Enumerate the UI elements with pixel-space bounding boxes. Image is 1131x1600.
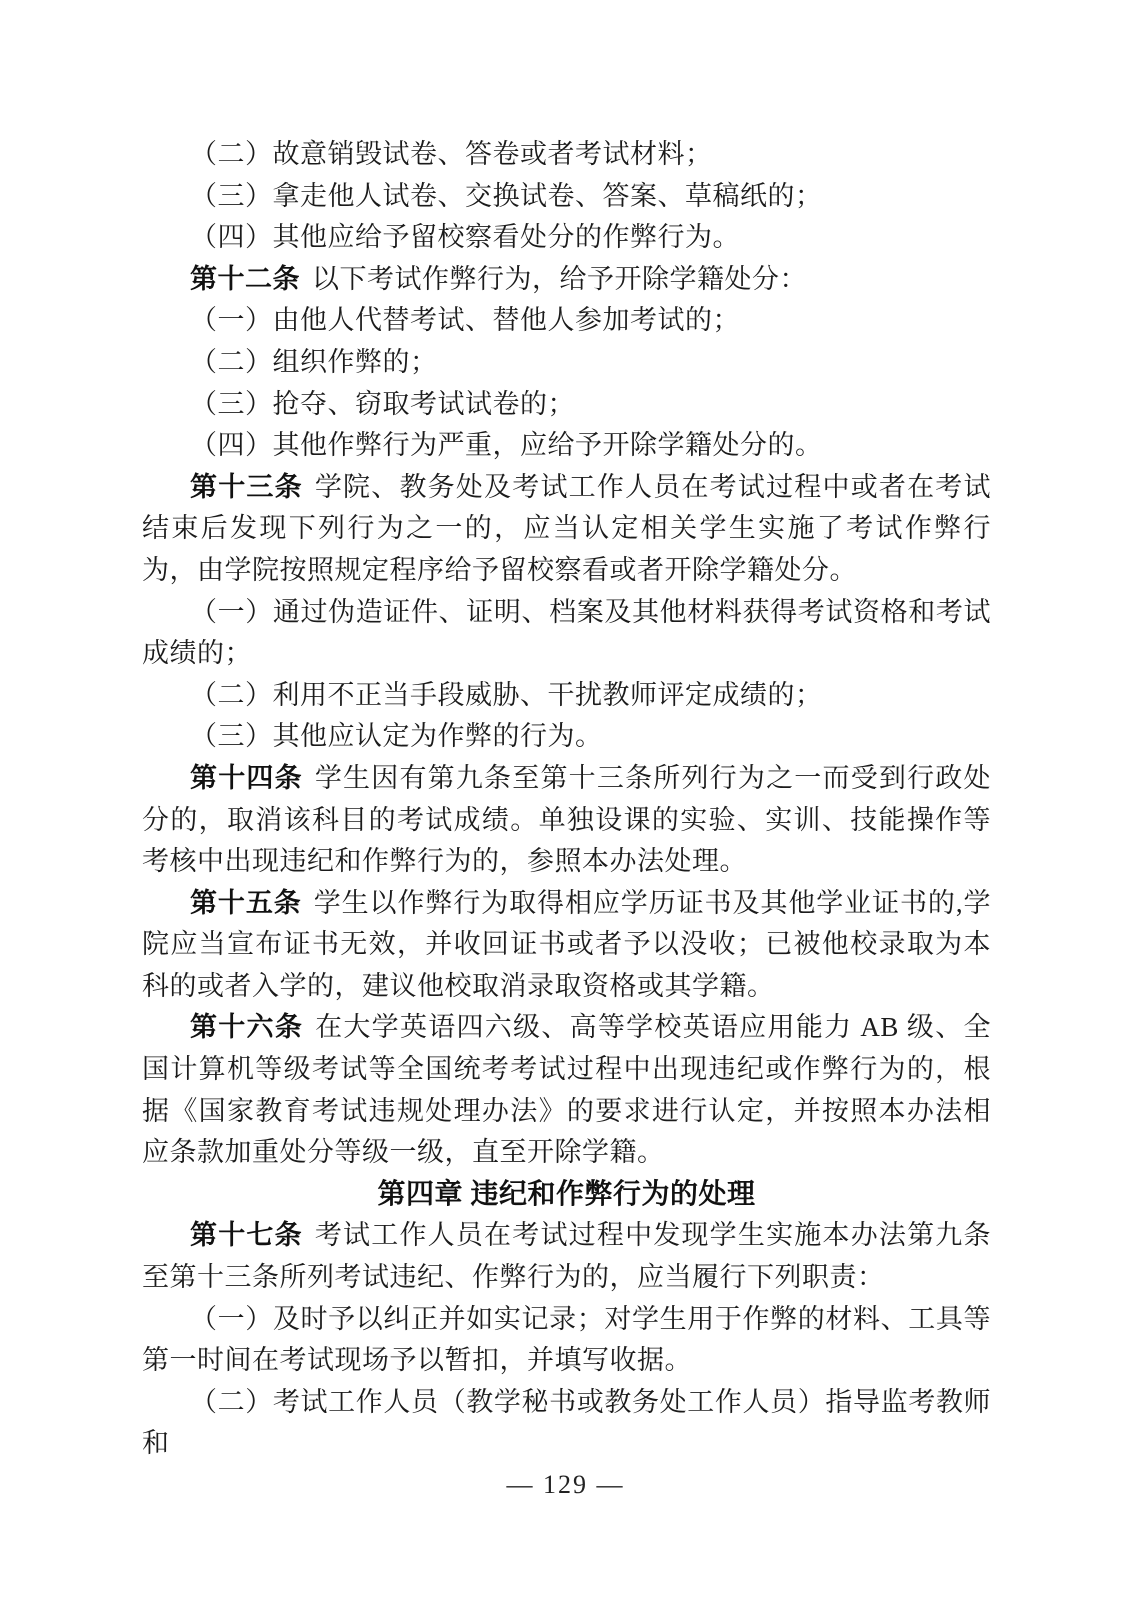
article-number: 第十六条: [190, 1012, 303, 1042]
list-item-paragraph: （二）故意销毁试卷、答卷或者考试材料；: [142, 134, 991, 176]
paragraph-text: （二）组织作弊的；: [190, 347, 438, 377]
article-paragraph: 第十四条学生因有第九条至第十三条所列行为之一而受到行政处分的，取消该科目的考试成…: [142, 758, 991, 883]
paragraph-text: （二）故意销毁试卷、答卷或者考试材料；: [190, 139, 713, 169]
paragraph-text: （三）拿走他人试卷、交换试卷、答案、草稿纸的；: [190, 181, 823, 211]
list-item-paragraph: （二）组织作弊的；: [142, 342, 991, 384]
article-paragraph: 第十五条学生以作弊行为取得相应学历证书及其他学业证书的,学院应当宣布证书无效，并…: [142, 883, 991, 1008]
list-item-paragraph: （四）其他作弊行为严重，应给予开除学籍处分的。: [142, 425, 991, 467]
list-item-paragraph: （一）由他人代替考试、替他人参加考试的；: [142, 300, 991, 342]
article-paragraph: 第十七条考试工作人员在考试过程中发现学生实施本办法第九条至第十三条所列考试违纪、…: [142, 1215, 991, 1298]
list-item-paragraph: （三）抢夺、窃取考试试卷的；: [142, 384, 991, 426]
article-number: 第十四条: [190, 763, 303, 793]
article-number: 第十七条: [190, 1220, 303, 1250]
list-item-paragraph: （二）利用不正当手段威胁、干扰教师评定成绩的；: [142, 675, 991, 717]
list-item-paragraph: （三）其他应认定为作弊的行为。: [142, 716, 991, 758]
paragraph-text: （二）利用不正当手段威胁、干扰教师评定成绩的；: [190, 680, 823, 710]
paragraph-text: 以下考试作弊行为，给予开除学籍处分：: [312, 264, 807, 294]
article-number: 第十五条: [190, 888, 302, 918]
document-page: （二）故意销毁试卷、答卷或者考试材料；（三）拿走他人试卷、交换试卷、答案、草稿纸…: [0, 0, 1131, 1600]
document-body: （二）故意销毁试卷、答卷或者考试材料；（三）拿走他人试卷、交换试卷、答案、草稿纸…: [142, 134, 991, 1465]
list-item-paragraph: （一）通过伪造证件、证明、档案及其他材料获得考试资格和考试成绩的；: [142, 592, 991, 675]
article-number: 第十三条: [190, 472, 303, 502]
article-paragraph: 第十三条学院、教务处及考试工作人员在考试过程中或者在考试结束后发现下列行为之一的…: [142, 467, 991, 592]
article-paragraph: 第十六条在大学英语四六级、高等学校英语应用能力 AB 级、全国计算机等级考试等全…: [142, 1007, 991, 1173]
page-number: — 129 —: [0, 1470, 1131, 1500]
paragraph-text: （一）由他人代替考试、替他人参加考试的；: [190, 305, 740, 335]
paragraph-text: （三）其他应认定为作弊的行为。: [190, 721, 603, 751]
list-item-paragraph: （四）其他应给予留校察看处分的作弊行为。: [142, 217, 991, 259]
paragraph-text: （一）及时予以纠正并如实记录；对学生用于作弊的材料、工具等第一时间在考试现场予以…: [142, 1304, 991, 1376]
paragraph-text: （一）通过伪造证件、证明、档案及其他材料获得考试资格和考试成绩的；: [142, 597, 991, 669]
article-paragraph: 第十二条以下考试作弊行为，给予开除学籍处分：: [142, 259, 991, 301]
list-item-paragraph: （一）及时予以纠正并如实记录；对学生用于作弊的材料、工具等第一时间在考试现场予以…: [142, 1299, 991, 1382]
list-item-paragraph: （三）拿走他人试卷、交换试卷、答案、草稿纸的；: [142, 176, 991, 218]
paragraph-text: （三）抢夺、窃取考试试卷的；: [190, 389, 575, 419]
list-item-paragraph: （二）考试工作人员（教学秘书或教务处工作人员）指导监考教师和: [142, 1382, 991, 1465]
article-number: 第十二条: [190, 264, 300, 294]
chapter-heading: 第四章 违纪和作弊行为的处理: [142, 1174, 991, 1216]
paragraph-text: （四）其他应给予留校察看处分的作弊行为。: [190, 222, 740, 252]
paragraph-text: （四）其他作弊行为严重，应给予开除学籍处分的。: [190, 430, 823, 460]
paragraph-text: （二）考试工作人员（教学秘书或教务处工作人员）指导监考教师和: [142, 1387, 991, 1459]
